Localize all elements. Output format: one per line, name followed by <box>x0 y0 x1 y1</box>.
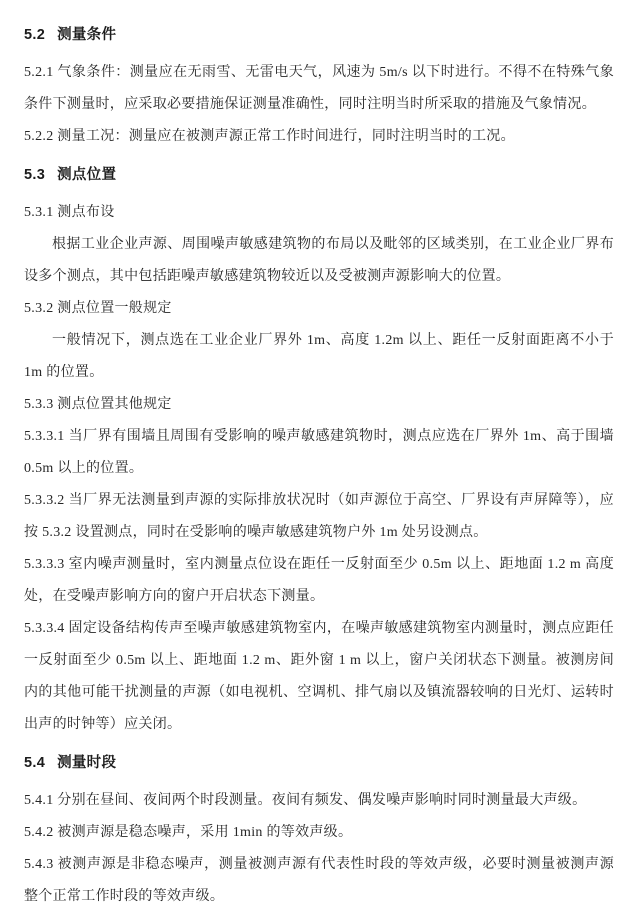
clause-5-3-3-4: 5.3.3.4 固定设备结构传声至噪声敏感建筑物室内，在噪声敏感建筑物室内测量时… <box>24 613 614 741</box>
clause-5-4-3: 5.4.3 被测声源是非稳态噪声，测量被测声源有代表性时段的等效声级，必要时测量… <box>24 849 614 913</box>
paragraph-5-3-1-body: 根据工业企业声源、周围噪声敏感建筑物的布局以及毗邻的区域类别，在工业企业厂界布设… <box>24 229 614 293</box>
heading-title: 测点位置 <box>57 167 116 183</box>
heading-number: 5.4 <box>24 755 45 771</box>
heading-number: 5.2 <box>24 27 45 43</box>
heading-title: 测量条件 <box>57 27 116 43</box>
clause-5-4-1: 5.4.1 分别在昼间、夜间两个时段测量。夜间有频发、偶发噪声影响时同时测量最大… <box>24 785 614 817</box>
clause-5-2-1: 5.2.1 气象条件：测量应在无雨雪、无雷电天气，风速为 5m/s 以下时进行。… <box>24 57 614 121</box>
clause-5-2-2: 5.2.2 测量工况：测量应在被测声源正常工作时间进行，同时注明当时的工况。 <box>24 121 614 153</box>
clause-5-3-3-2: 5.3.3.2 当厂界无法测量到声源的实际排放状况时（如声源位于高空、厂界设有声… <box>24 485 614 549</box>
section-heading-5-4: 5.4测量时段 <box>24 747 614 779</box>
clause-5-4-2: 5.4.2 被测声源是稳态噪声，采用 1min 的等效声级。 <box>24 817 614 849</box>
heading-number: 5.3 <box>24 167 45 183</box>
clause-5-3-3-3: 5.3.3.3 室内噪声测量时，室内测量点位设在距任一反射面至少 0.5m 以上… <box>24 549 614 613</box>
clause-5-3-3-1: 5.3.3.1 当厂界有围墙且周围有受影响的噪声敏感建筑物时，测点应选在厂界外 … <box>24 421 614 485</box>
clause-5-3-1: 5.3.1 测点布设 <box>24 197 614 229</box>
section-heading-5-3: 5.3测点位置 <box>24 159 614 191</box>
document-page: 5.2测量条件 5.2.1 气象条件：测量应在无雨雪、无雷电天气，风速为 5m/… <box>0 0 639 919</box>
section-heading-5-2: 5.2测量条件 <box>24 19 614 51</box>
paragraph-5-3-2-body: 一般情况下，测点选在工业企业厂界外 1m、高度 1.2m 以上、距任一反射面距离… <box>24 325 614 389</box>
clause-5-3-3: 5.3.3 测点位置其他规定 <box>24 389 614 421</box>
clause-5-3-2: 5.3.2 测点位置一般规定 <box>24 293 614 325</box>
heading-title: 测量时段 <box>57 755 116 771</box>
